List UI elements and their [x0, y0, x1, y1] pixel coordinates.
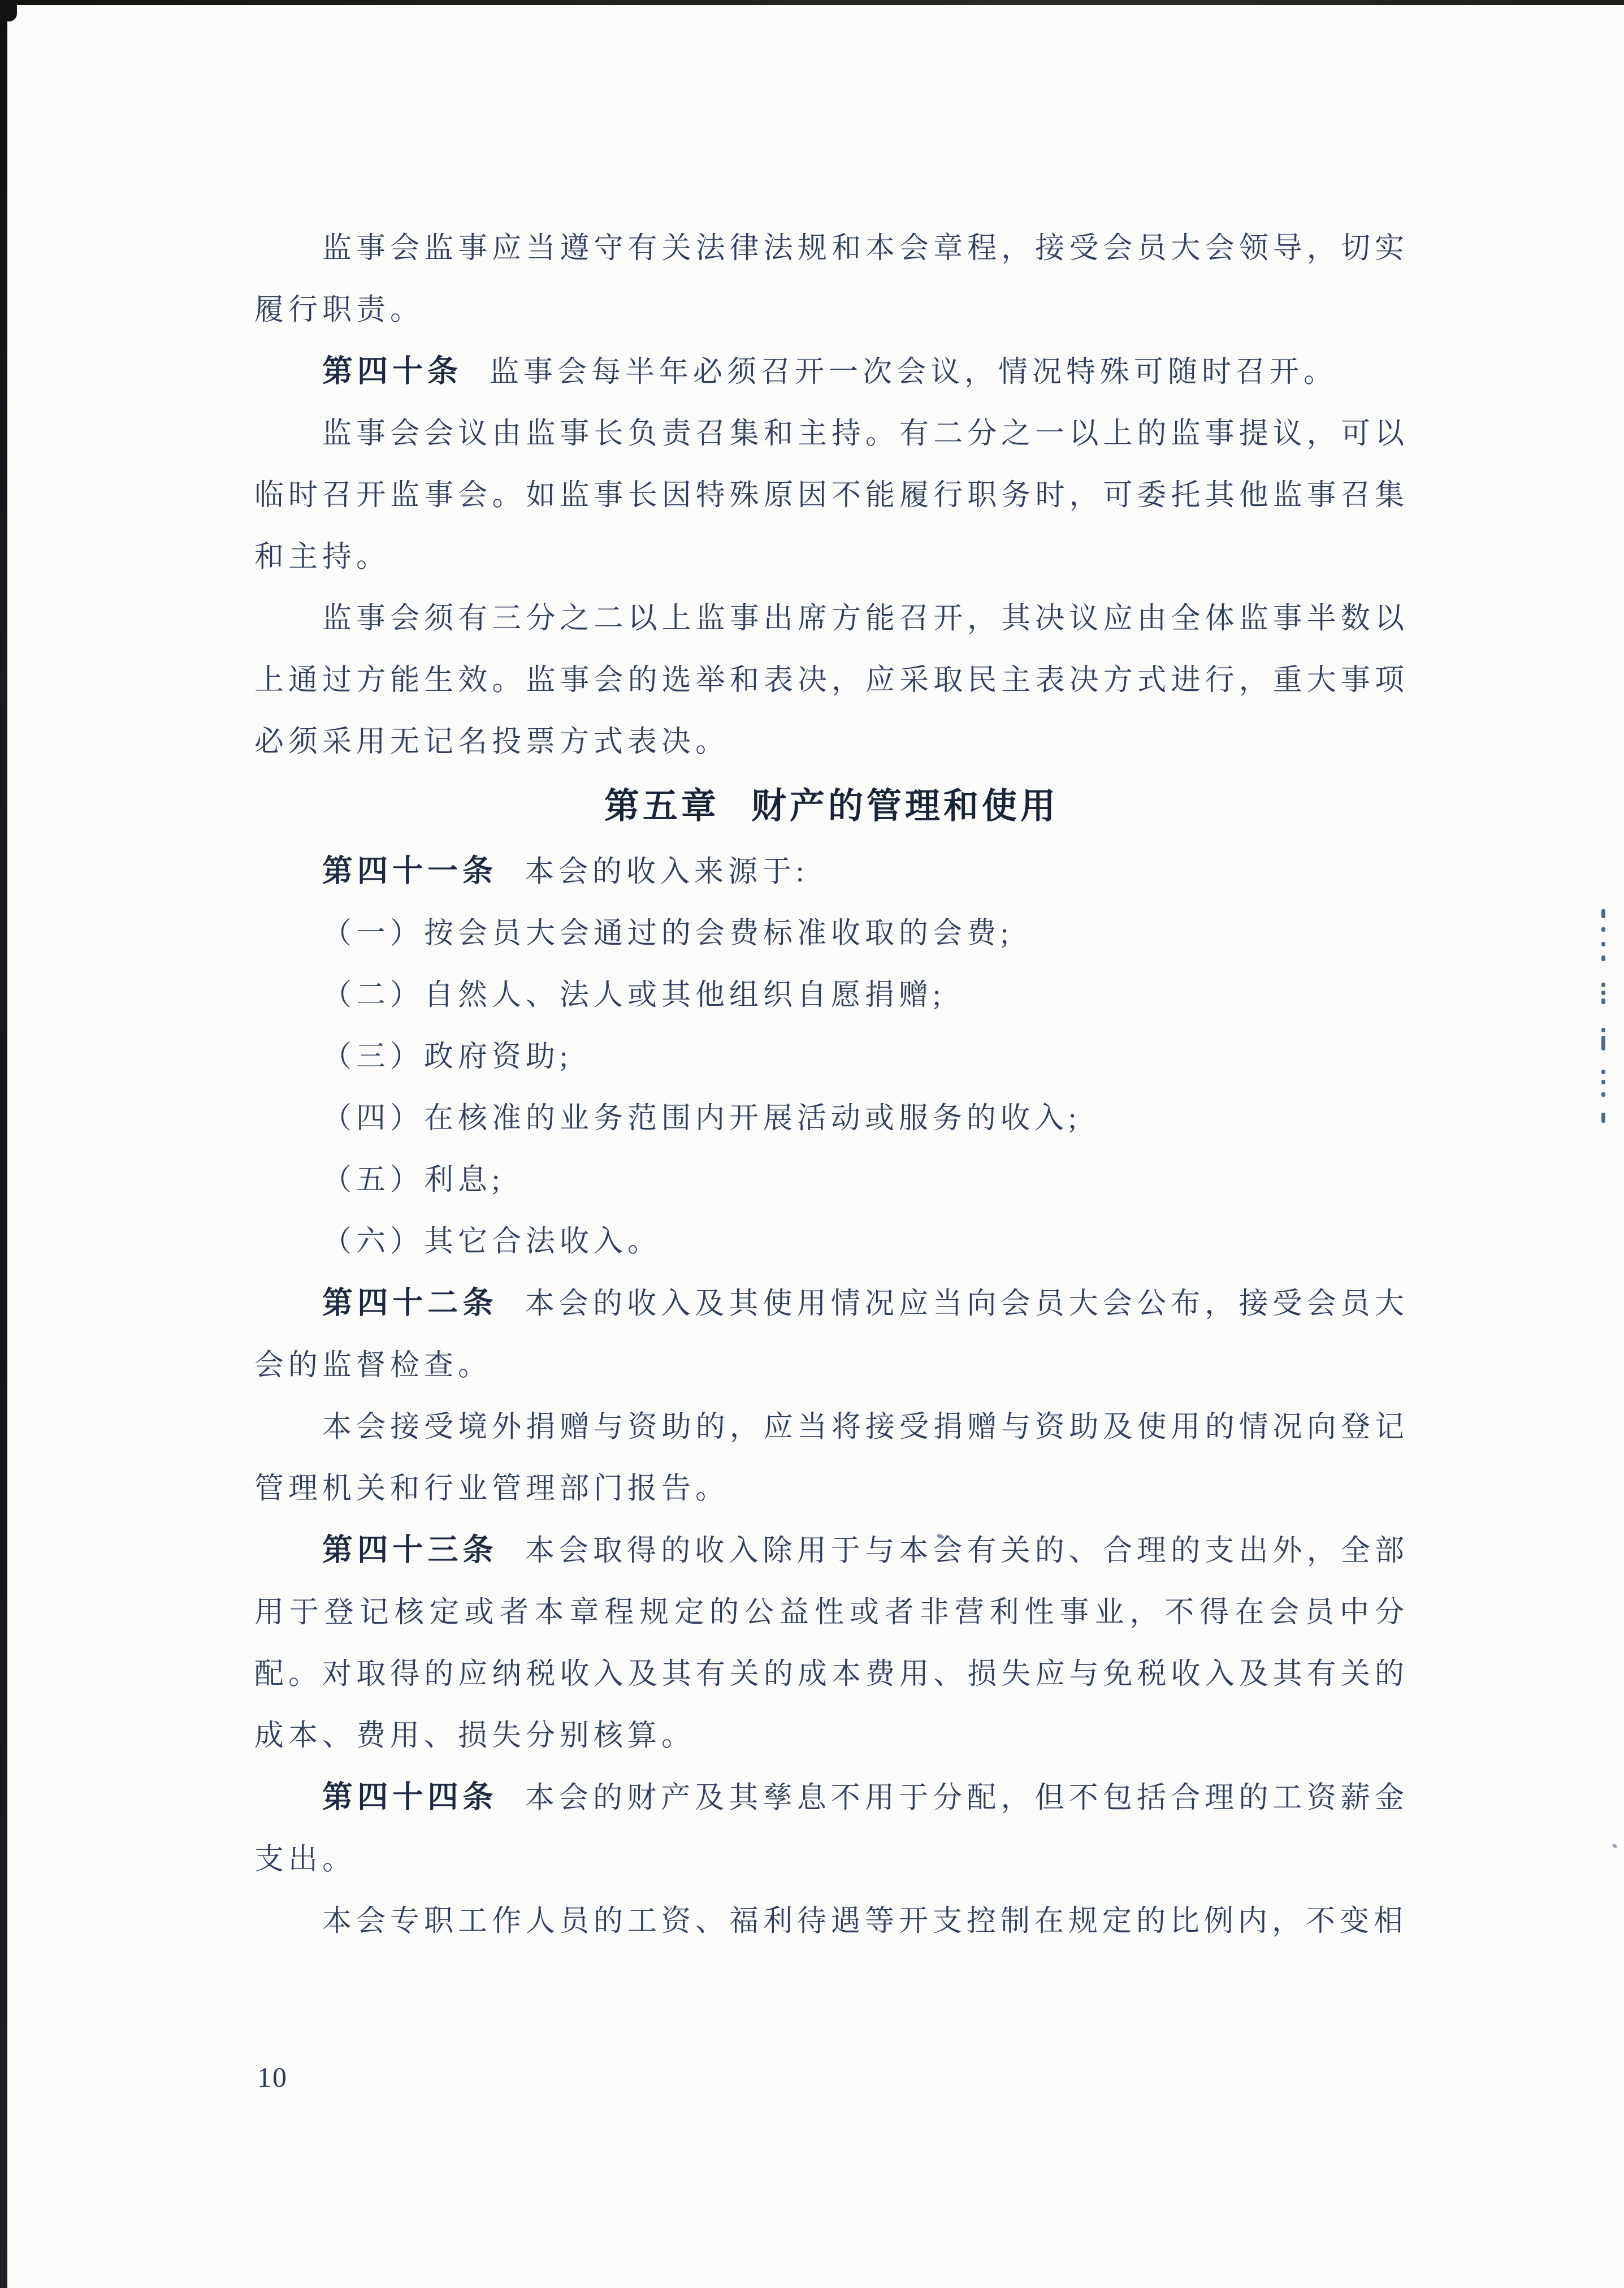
chapter-number: 第五章 — [604, 787, 720, 826]
paragraph: 监事会监事应当遵守有关法律法规和本会章程，接受会员大会领导，切实履行职责。 — [254, 218, 1409, 341]
scan-corner-artifact — [0, 0, 17, 21]
paragraph-text: （三）政府资助; — [322, 1041, 572, 1073]
paragraph: 第四十三条本会取得的收入除用于与本会有关的、合理的支出外，全部用于登记核定或者本… — [254, 1520, 1409, 1767]
document-page: 监事会监事应当遵守有关法律法规和本会章程，接受会员大会领导，切实履行职责。第四十… — [0, 0, 1624, 2288]
paragraph: 第四十一条本会的收入来源于: — [254, 841, 1409, 903]
paragraph: （三）政府资助; — [254, 1026, 1409, 1088]
paragraph: 第四十二条本会的收入及其使用情况应当向会员大会公布，接受会员大会的监督检查。 — [254, 1273, 1409, 1396]
paragraph: （六）其它合法收入。 — [254, 1211, 1409, 1273]
paragraph-text: （四）在核准的业务范围内开展活动或服务的收入; — [322, 1102, 1081, 1135]
article-number: 第四十一条 — [322, 854, 497, 888]
article-number: 第四十条 — [322, 354, 462, 388]
scan-speck — [1612, 1843, 1618, 1849]
paragraph: 监事会会议由监事长负责召集和主持。有二分之一以上的监事提议，可以临时召开监事会。… — [254, 403, 1409, 588]
paragraph-text: 本会取得的收入除用于与本会有关的、合理的支出外，全部用于登记核定或者本章程规定的… — [254, 1535, 1409, 1752]
paragraph-text: （二）自然人、法人或其他组织自愿捐赠; — [322, 979, 945, 1011]
paragraph-text: （六）其它合法收入。 — [322, 1226, 661, 1258]
article-number: 第四十四条 — [322, 1780, 498, 1814]
paragraph: （一）按会员大会通过的会费标准收取的会费; — [254, 903, 1409, 964]
chapter-heading: 第五章财产的管理和使用 — [254, 773, 1409, 841]
paragraph-text: 监事会每半年必须召开一次会议，情况特殊可随时召开。 — [490, 356, 1337, 388]
paragraph: （四）在核准的业务范围内开展活动或服务的收入; — [254, 1088, 1409, 1149]
paragraph: （二）自然人、法人或其他组织自愿捐赠; — [254, 964, 1409, 1026]
paragraph: 本会专职工作人员的工资、福利待遇等开支控制在规定的比例内，不变相 — [254, 1891, 1409, 1952]
scan-edge-left — [0, 0, 7, 2288]
chapter-title: 财产的管理和使用 — [751, 787, 1059, 826]
document-body: 监事会监事应当遵守有关法律法规和本会章程，接受会员大会领导，切实履行职责。第四十… — [254, 218, 1409, 1952]
paragraph: 第四十条监事会每半年必须召开一次会议，情况特殊可随时召开。 — [254, 341, 1409, 403]
paragraph-text: （五）利息; — [322, 1164, 504, 1196]
article-number: 第四十三条 — [322, 1533, 498, 1567]
paragraph-text: （一）按会员大会通过的会费标准收取的会费; — [322, 918, 1013, 950]
paragraph: （五）利息; — [254, 1149, 1409, 1211]
scan-dash-artifact — [1600, 902, 1606, 1123]
paragraph: 本会接受境外捐赠与资助的，应当将接受捐赠与资助及使用的情况向登记管理机关和行业管… — [254, 1396, 1409, 1520]
article-number: 第四十二条 — [322, 1286, 498, 1320]
paragraph: 第四十四条本会的财产及其孳息不用于分配，但不包括合理的工资薪金支出。 — [254, 1767, 1409, 1891]
paragraph-text: 本会接受境外捐赠与资助的，应当将接受捐赠与资助及使用的情况向登记管理机关和行业管… — [254, 1411, 1409, 1505]
paragraph-text: 监事会监事应当遵守有关法律法规和本会章程，接受会员大会领导，切实履行职责。 — [254, 232, 1409, 326]
paragraph: 监事会须有三分之二以上监事出席方能召开，其决议应由全体监事半数以上通过方能生效。… — [254, 588, 1409, 773]
paragraph-text: 监事会须有三分之二以上监事出席方能召开，其决议应由全体监事半数以上通过方能生效。… — [254, 603, 1409, 758]
page-number: 10 — [257, 2061, 288, 2094]
paragraph-text: 监事会会议由监事长负责召集和主持。有二分之一以上的监事提议，可以临时召开监事会。… — [254, 418, 1409, 573]
paragraph-text: 本会的收入来源于: — [525, 856, 808, 888]
paragraph-text: 本会专职工作人员的工资、福利待遇等开支控制在规定的比例内，不变相 — [322, 1905, 1408, 1937]
scan-edge-top — [0, 0, 1624, 5]
